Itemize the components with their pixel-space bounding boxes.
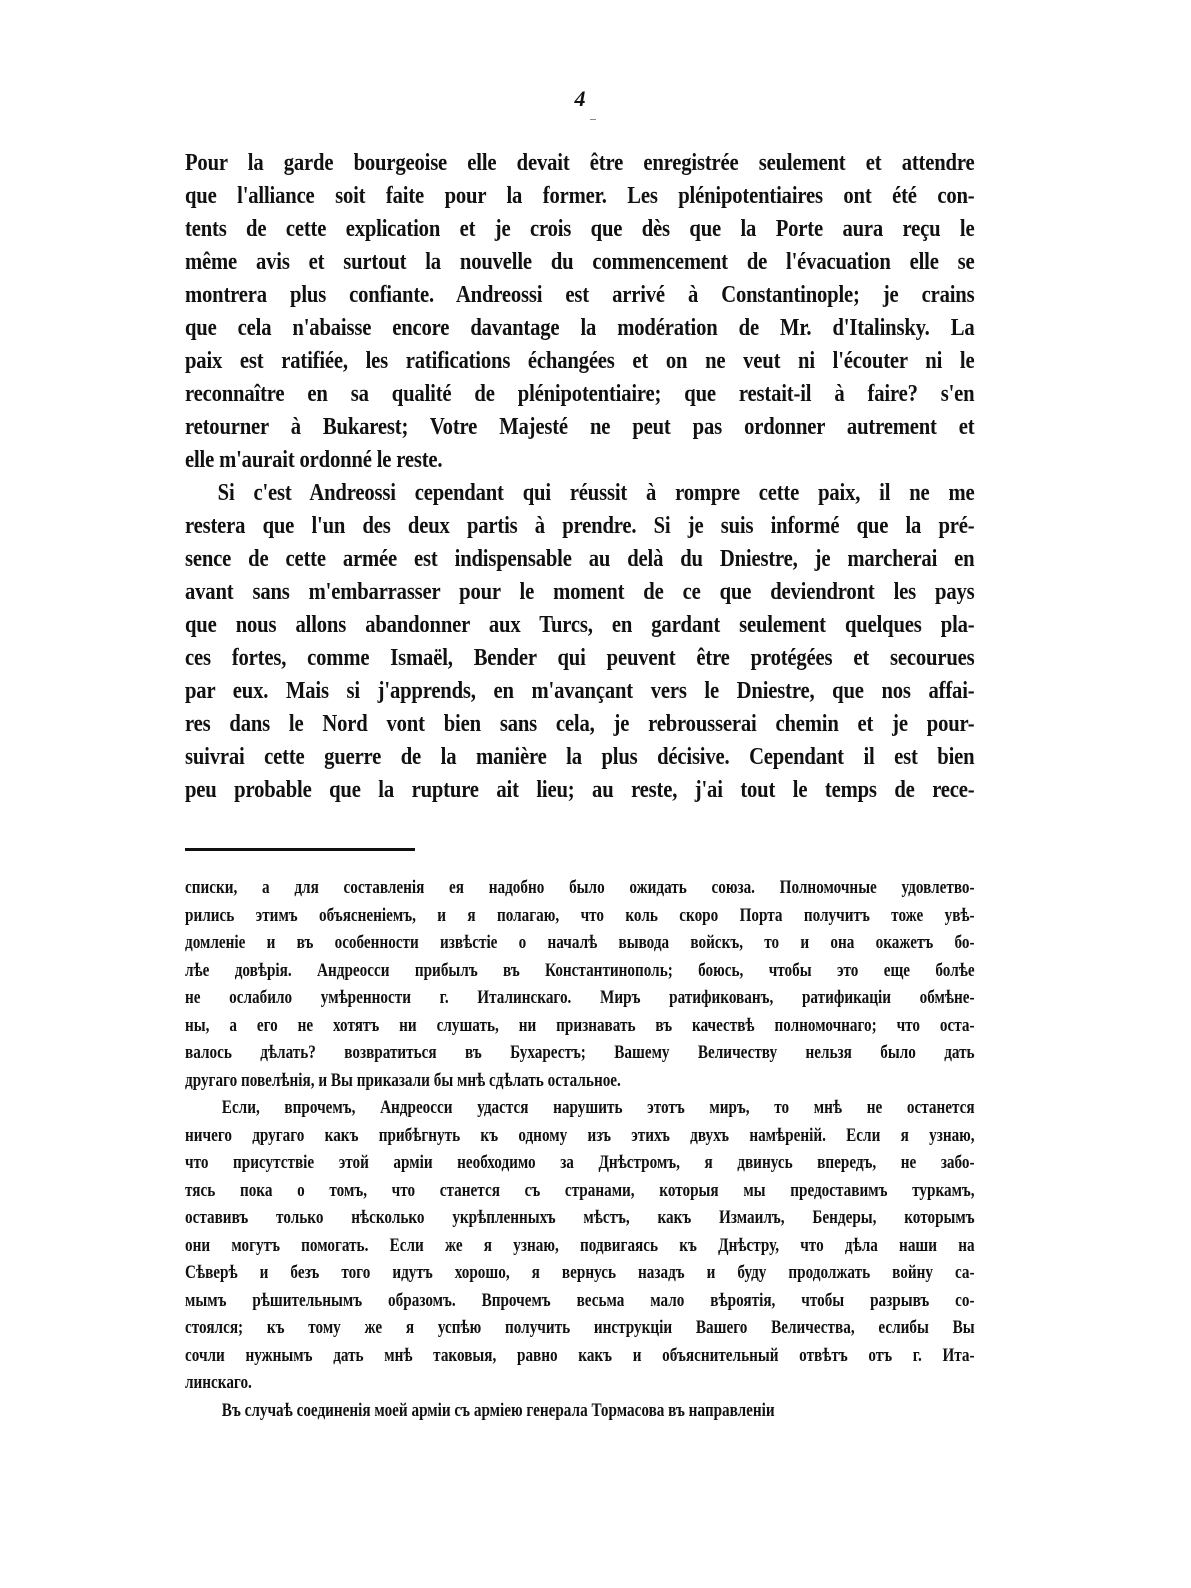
footnote-russian: списки, а для составленія ея надобно был… (185, 874, 975, 1424)
footnote-line: что присутствіе этой арміи необходимо за… (185, 1149, 975, 1177)
footnote-divider (185, 848, 415, 851)
text-line: avant sans m'embarrasser pour le moment … (185, 576, 974, 609)
footnote-line: домленіе и въ особенности извѣстіе о нач… (185, 929, 975, 957)
text-line: elle m'aurait ordonné le reste. (185, 444, 974, 477)
text-line: même avis et surtout la nouvelle du comm… (185, 246, 974, 279)
text-line: ces fortes, comme Ismaël, Bender qui peu… (185, 642, 974, 675)
footnote-line: рились этимъ объясненіемъ, и я полагаю, … (185, 902, 975, 930)
footnote-line: лѣе довѣрія. Андреосси прибылъ въ Конста… (185, 957, 975, 985)
text-line: que cela n'abaisse encore davantage la m… (185, 312, 974, 345)
text-line: retourner à Bukarest; Votre Majesté ne p… (185, 411, 974, 444)
footnote-line: другаго повелѣнія, и Вы приказали бы мнѣ… (185, 1067, 975, 1095)
footnote-line: Сѣверѣ и безъ того идутъ хорошо, я верну… (185, 1259, 975, 1287)
text-line: Pour la garde bourgeoise elle devait êtr… (185, 147, 974, 180)
text-line: paix est ratifiée, les ratifications éch… (185, 345, 974, 378)
footnote-line: ны, а его не хотятъ ни слушать, ни призн… (185, 1012, 975, 1040)
text-line: montrera plus confiante. Andreossi est a… (185, 279, 974, 312)
text-line: par eux. Mais si j'apprends, en m'avança… (185, 675, 974, 708)
text-line: sence de cette armée est indispensable a… (185, 543, 974, 576)
footnote-line: линскаго. (185, 1369, 975, 1397)
footnote-line: ничего другаго какъ прибѣгнуть къ одному… (185, 1122, 975, 1150)
footnote-line: Въ случаѣ соединенія моей арміи съ арміе… (185, 1397, 975, 1425)
footnote-line: они могутъ помогать. Если же я узнаю, по… (185, 1232, 975, 1260)
footnote-line: мымъ рѣшительнымъ образомъ. Впрочемъ вес… (185, 1287, 975, 1315)
page-number: 4 (560, 86, 600, 112)
text-line: reconnaître en sa qualité de plénipotent… (185, 378, 974, 411)
footnote-line: валось дѣлать? возвратиться въ Бухарестъ… (185, 1039, 975, 1067)
text-line: que l'alliance soit faite pour la former… (185, 180, 974, 213)
document-page: 4 Pour la garde bourgeoise elle devait ê… (0, 0, 1191, 1588)
text-line: que nous allons abandonner aux Turcs, en… (185, 609, 974, 642)
footnote-line: списки, а для составленія ея надобно был… (185, 874, 975, 902)
footnote-line: сочли нужнымъ дать мнѣ таковыя, равно ка… (185, 1342, 975, 1370)
page-number-mark (590, 119, 596, 120)
text-line: suivrai cette guerre de la manière la pl… (185, 741, 974, 774)
footnote-line: стоялся; къ тому же я успѣю получить инс… (185, 1314, 975, 1342)
text-line: peu probable que la rupture ait lieu; au… (185, 774, 974, 807)
footnote-line: не ослабило умѣренности г. Италинскаго. … (185, 984, 975, 1012)
footnote-line: Если, впрочемъ, Андреосси удастся наруши… (185, 1094, 975, 1122)
footnote-line: оставивъ только нѣсколько укрѣпленныхъ м… (185, 1204, 975, 1232)
text-line: tents de cette explication et je crois q… (185, 213, 974, 246)
text-line: Si c'est Andreossi cependant qui réussit… (185, 477, 974, 510)
text-line: restera que l'un des deux partis à prend… (185, 510, 974, 543)
main-text-french: Pour la garde bourgeoise elle devait êtr… (185, 147, 975, 807)
text-line: res dans le Nord vont bien sans cela, je… (185, 708, 974, 741)
footnote-line: тясь пока о томъ, что станется съ страна… (185, 1177, 975, 1205)
